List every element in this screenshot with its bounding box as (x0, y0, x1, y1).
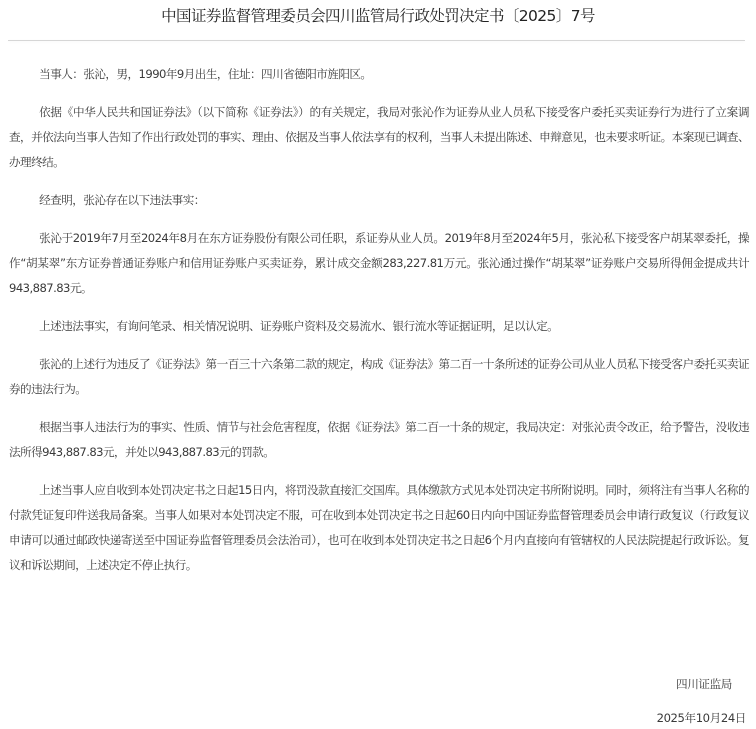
paragraph-violation: 张沁的上述行为违反了《证券法》第一百三十六条第二款的规定，构成《证券法》第二百一… (9, 352, 749, 402)
paragraph-evidence: 上述违法事实，有询问笔录、相关情况说明、证券账户资料及交易流水、银行流水等证据证… (9, 314, 749, 339)
signatory: 四川证监局 (676, 675, 732, 693)
issue-date: 2025年10月24日 (657, 709, 746, 727)
paragraph-payment-appeal: 上述当事人应自收到本处罚决定书之日起15日内，将罚没款直接汇交国库。具体缴款方式… (9, 478, 749, 578)
document-title: 中国证券监督管理委员会四川监管局行政处罚决定书〔2025〕7号 (0, 7, 756, 25)
paragraph-basis: 依据《中华人民共和国证券法》（以下简称《证券法》）的有关规定，我局对张沁作为证券… (9, 100, 749, 175)
paragraph-facts: 张沁于2019年7月至2024年8月在东方证券股份有限公司任职，系证券从业人员。… (9, 226, 749, 301)
document-body: 当事人：张沁，男，1990年9月出生，住址：四川省德阳市旌阳区。 依据《中华人民… (9, 62, 749, 591)
paragraph-party: 当事人：张沁，男，1990年9月出生，住址：四川省德阳市旌阳区。 (9, 62, 749, 87)
paragraph-findings-intro: 经查明，张沁存在以下违法事实： (9, 188, 749, 213)
title-divider (8, 40, 745, 41)
paragraph-decision: 根据当事人违法行为的事实、性质、情节与社会危害程度，依据《证券法》第二百一十条的… (9, 415, 749, 465)
